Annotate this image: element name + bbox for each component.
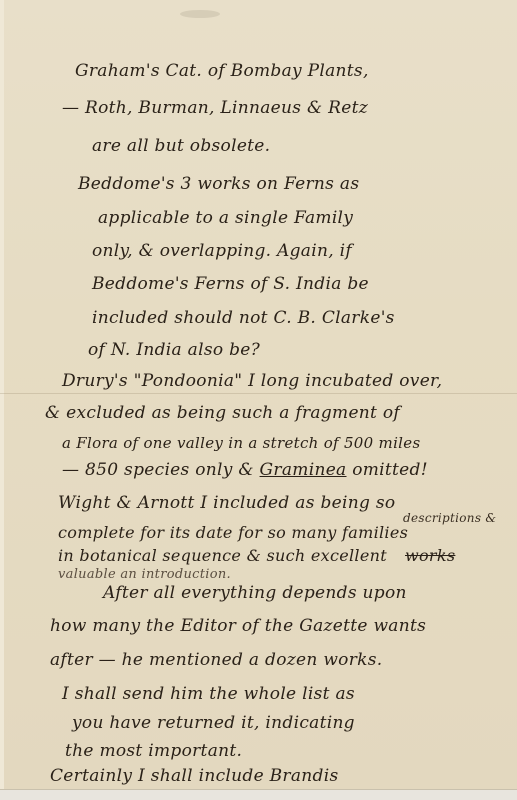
- scan-background-strip: [0, 789, 517, 800]
- line-18: After all everything depends upon: [103, 585, 407, 602]
- line-13: — 850 species only & Graminea omitted!: [62, 462, 428, 479]
- line-6: only, & overlapping. Again, if: [92, 243, 352, 260]
- line-5: applicable to a single Family: [98, 210, 353, 227]
- line-16: in botanical sequence & such excellent: [58, 548, 387, 564]
- line-14: Wight & Arnott I included as being so: [58, 495, 395, 512]
- manuscript-page: Graham's Cat. of Bombay Plants, — Roth, …: [0, 0, 517, 789]
- line-7: Beddome's Ferns of S. India be: [92, 276, 369, 293]
- line-13-text: — 850 species only & Graminea omitted!: [62, 460, 428, 480]
- line-20: after — he mentioned a dozen works.: [50, 652, 382, 669]
- paper-smudge: [180, 10, 220, 18]
- line-1: Graham's Cat. of Bombay Plants,: [75, 63, 369, 80]
- line-4: Beddome's 3 works on Ferns as: [78, 176, 359, 193]
- line-11: & excluded as being such a fragment of: [45, 405, 400, 422]
- line-3: are all but obsolete.: [92, 138, 270, 155]
- paper-fold-line: [0, 393, 517, 394]
- struck-word-works: works: [405, 548, 455, 564]
- insertion-descriptions: descriptions &: [403, 512, 496, 524]
- paper-left-edge: [0, 0, 4, 789]
- line-15: complete for its date for so many famili…: [58, 525, 408, 541]
- line-21: I shall send him the whole list as: [62, 686, 355, 703]
- line-19: how many the Editor of the Gazette wants: [50, 618, 426, 635]
- line-24: Certainly I shall include Brandis: [50, 768, 338, 785]
- line-2: — Roth, Burman, Linnaeus & Retz: [62, 100, 368, 117]
- line-12: a Flora of one valley in a stretch of 50…: [62, 436, 420, 451]
- line-23: the most important.: [65, 743, 242, 760]
- line-22: you have returned it, indicating: [72, 715, 355, 732]
- underlined-word: Graminea: [260, 460, 347, 480]
- line-10: Drury's "Pondoonia" I long incubated ove…: [62, 373, 442, 390]
- line-17: valuable an introduction.: [58, 568, 231, 581]
- line-9: of N. India also be?: [88, 342, 260, 359]
- line-8: included should not C. B. Clarke's: [92, 310, 395, 327]
